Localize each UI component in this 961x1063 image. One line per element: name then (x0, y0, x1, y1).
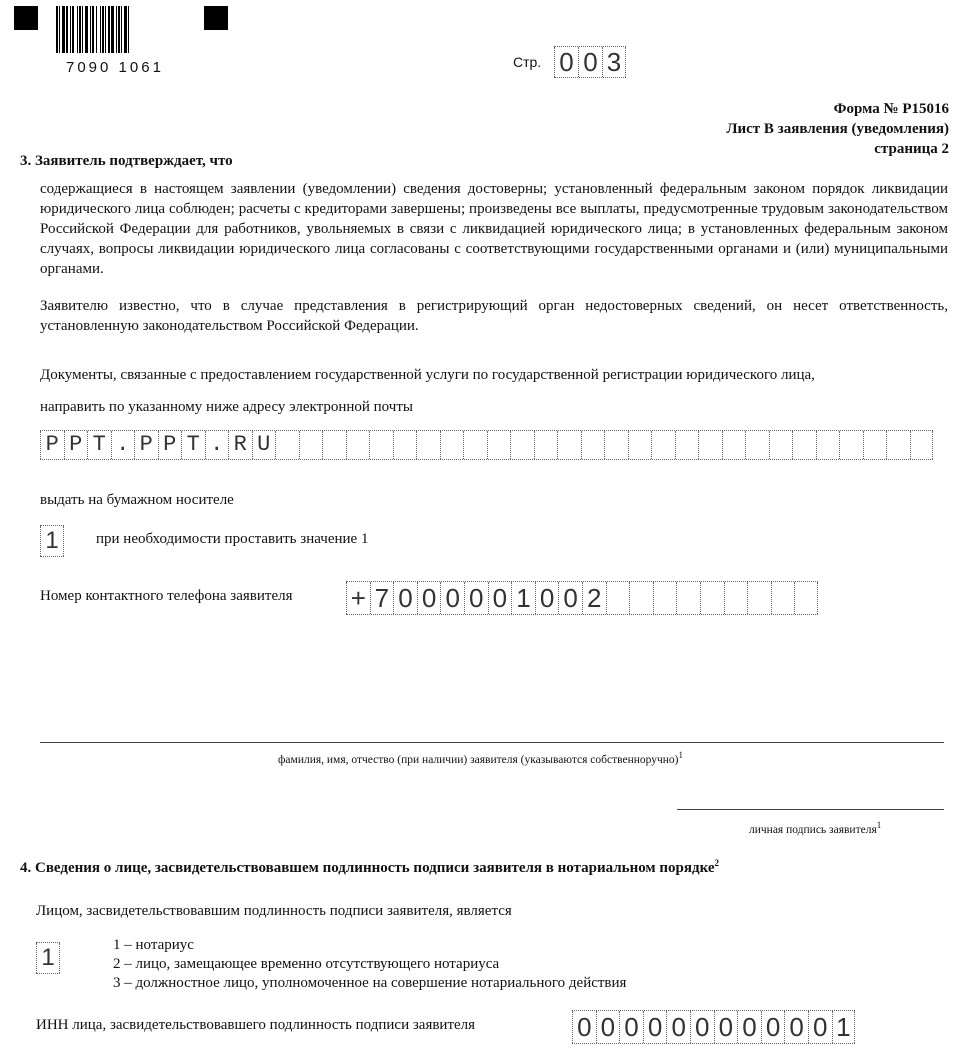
char-cell: 0 (666, 1011, 690, 1043)
phone-label: Номер контактного телефона заявителя (40, 588, 292, 605)
barcode-number: 7090 1061 (66, 59, 164, 76)
char-cell: R (228, 431, 252, 459)
paper-copy-field[interactable]: 1 (40, 525, 64, 557)
char-cell (722, 431, 746, 459)
char-cell: 0 (488, 582, 512, 614)
char-cell (653, 582, 677, 614)
registration-marker-right (204, 6, 228, 30)
signature-caption: личная подпись заявителя1 (749, 820, 881, 836)
person-type-value: 1 (36, 943, 60, 973)
form-header: Форма № Р15016 Лист В заявления (уведомл… (726, 99, 949, 159)
paper-label: выдать на бумажном носителе (40, 490, 948, 510)
char-cell (769, 431, 793, 459)
char-cell: 0 (578, 47, 602, 77)
personal-signature-line (677, 809, 944, 810)
char-cell: 1 (511, 582, 535, 614)
phone-field[interactable]: +7000001002 (346, 581, 818, 615)
fio-signature-line (40, 742, 944, 743)
char-cell: 0 (464, 582, 488, 614)
fio-caption: фамилия, имя, отчество (при наличии) зая… (0, 750, 961, 766)
section-4-title-text: 4. Сведения о лице, засвидетельствовавше… (20, 860, 715, 876)
char-cell: 0 (690, 1011, 714, 1043)
inn-field[interactable]: 000000000001 (572, 1010, 855, 1044)
char-cell (675, 431, 699, 459)
paper-copy-value: 1 (40, 526, 64, 556)
char-cell (676, 582, 700, 614)
char-cell: 0 (554, 47, 578, 77)
char-cell: 0 (535, 582, 559, 614)
char-cell: T (181, 431, 205, 459)
liability-text: Заявителю известно, что в случае предста… (40, 296, 948, 336)
char-cell (604, 431, 628, 459)
char-cell (629, 582, 653, 614)
char-cell: 0 (761, 1011, 785, 1043)
page-label: Стр. (513, 54, 541, 70)
char-cell: 0 (558, 582, 582, 614)
email-field[interactable]: PPT.PPT.RU (40, 430, 933, 460)
footnote-1: 1 (877, 820, 882, 830)
person-type-options: 1 – нотариус 2 – лицо, замещающее времен… (113, 936, 626, 993)
char-cell (534, 431, 558, 459)
person-label: Лицом, засвидетельствовавшим подлинность… (36, 903, 512, 920)
char-cell: P (40, 431, 64, 459)
char-cell: T (87, 431, 111, 459)
char-cell (698, 431, 722, 459)
char-cell (393, 431, 417, 459)
section-4-title: 4. Сведения о лице, засвидетельствовавше… (20, 858, 719, 877)
barcode (56, 6, 131, 53)
char-cell: 0 (572, 1011, 596, 1043)
char-cell (463, 431, 487, 459)
char-cell: 0 (596, 1011, 620, 1043)
char-cell (863, 431, 887, 459)
option-official: 3 – должностное лицо, уполномоченное на … (113, 974, 626, 993)
inn-label: ИНН лица, засвидетельствовавшего подлинн… (36, 1017, 475, 1034)
char-cell: 0 (619, 1011, 643, 1043)
documents-text: Документы, связанные с предоставлением г… (40, 365, 948, 385)
char-cell: 7 (370, 582, 394, 614)
sheet-title: Лист В заявления (уведомления) (726, 119, 949, 139)
page-title: страница 2 (726, 139, 949, 159)
char-cell (700, 582, 724, 614)
char-cell: P (158, 431, 182, 459)
footnote-2: 2 (715, 858, 720, 868)
char-cell (816, 431, 840, 459)
char-cell (886, 431, 910, 459)
char-cell: 0 (714, 1011, 738, 1043)
char-cell: P (134, 431, 158, 459)
char-cell (794, 582, 818, 614)
char-cell: 0 (808, 1011, 832, 1043)
char-cell (745, 431, 769, 459)
char-cell (322, 431, 346, 459)
footnote-1: 1 (679, 750, 684, 760)
char-cell: . (205, 431, 229, 459)
option-notary: 1 – нотариус (113, 936, 626, 955)
char-cell: P (64, 431, 88, 459)
char-cell (487, 431, 511, 459)
char-cell (771, 582, 795, 614)
char-cell (606, 582, 630, 614)
page-number-field[interactable]: 003 (554, 46, 626, 78)
char-cell: . (111, 431, 135, 459)
char-cell (369, 431, 393, 459)
char-cell: 2 (582, 582, 606, 614)
char-cell: 3 (602, 47, 626, 77)
person-type-field[interactable]: 1 (36, 942, 60, 974)
char-cell (747, 582, 771, 614)
char-cell: 0 (440, 582, 464, 614)
section-3-title: 3. Заявитель подтверждает, что (20, 153, 233, 170)
char-cell: U (252, 431, 276, 459)
email-label: направить по указанному ниже адресу элек… (40, 397, 948, 417)
char-cell (651, 431, 675, 459)
signature-caption-text: личная подпись заявителя (749, 824, 877, 836)
char-cell (910, 431, 934, 459)
char-cell (275, 431, 299, 459)
char-cell (416, 431, 440, 459)
char-cell (839, 431, 863, 459)
confirmation-text: содержащиеся в настоящем заявлении (увед… (40, 179, 948, 279)
char-cell (581, 431, 605, 459)
char-cell (792, 431, 816, 459)
registration-marker-left (14, 6, 38, 30)
char-cell (299, 431, 323, 459)
char-cell (440, 431, 464, 459)
char-cell: 0 (737, 1011, 761, 1043)
char-cell: 0 (393, 582, 417, 614)
char-cell: + (346, 582, 370, 614)
fio-caption-text: фамилия, имя, отчество (при наличии) зая… (278, 754, 679, 766)
char-cell (724, 582, 748, 614)
char-cell: 1 (832, 1011, 856, 1043)
char-cell: 0 (784, 1011, 808, 1043)
char-cell: 0 (643, 1011, 667, 1043)
char-cell (557, 431, 581, 459)
char-cell (510, 431, 534, 459)
char-cell (346, 431, 370, 459)
char-cell (628, 431, 652, 459)
option-substitute: 2 – лицо, замещающее временно отсутствую… (113, 955, 626, 974)
paper-hint: при необходимости проставить значение 1 (96, 531, 368, 548)
char-cell: 0 (417, 582, 441, 614)
form-number: Форма № Р15016 (726, 99, 949, 119)
